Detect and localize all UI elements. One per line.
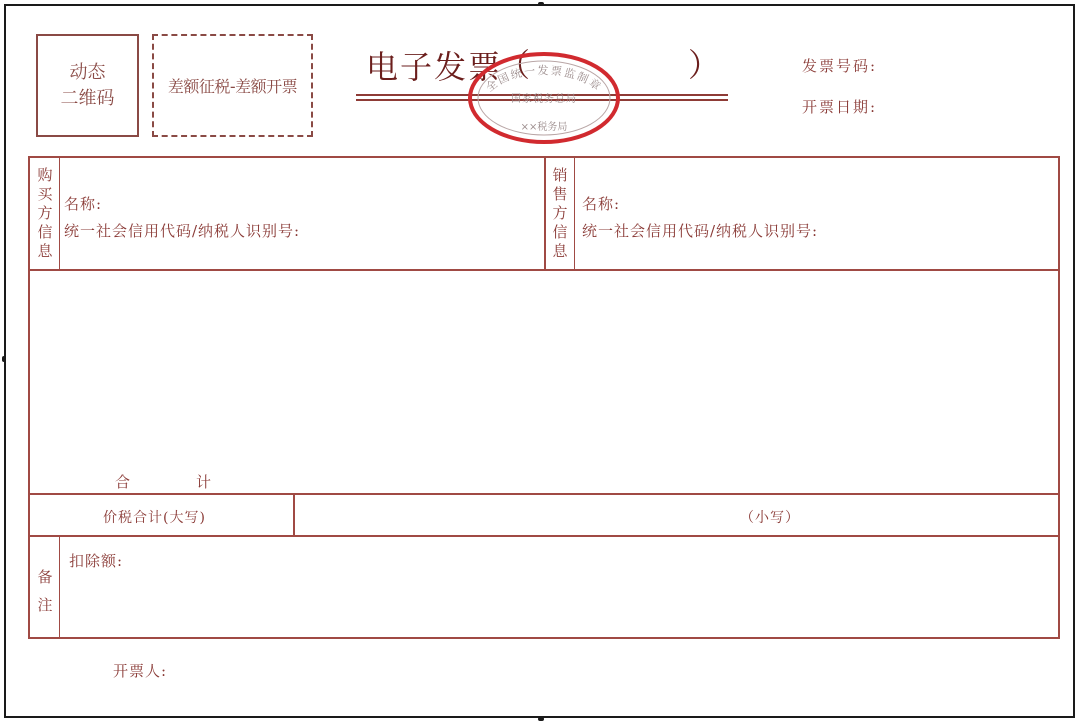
buyer-label-char: 信 bbox=[37, 223, 52, 242]
seller-label-char: 方 bbox=[552, 204, 567, 223]
seller-label-char: 售 bbox=[552, 185, 567, 204]
dynamic-qr-code-placeholder: 动态 二维码 bbox=[36, 34, 139, 137]
remarks-label-char: 备 bbox=[37, 563, 52, 591]
remarks-label-char: 注 bbox=[37, 591, 52, 619]
qr-label-line2: 二维码 bbox=[61, 86, 115, 112]
buyer-name-label: 名称: bbox=[64, 193, 102, 214]
items-bottom-border bbox=[28, 493, 1060, 495]
table-bottom-border bbox=[28, 637, 1060, 639]
remarks-section-label: 备 注 bbox=[30, 563, 60, 619]
total-divider bbox=[293, 493, 295, 536]
stamp-top-text: 全国统一发票监制章 bbox=[483, 63, 606, 94]
buyer-label-char: 方 bbox=[37, 204, 52, 223]
total-label-2: 计 bbox=[196, 471, 212, 492]
buyer-label-char: 息 bbox=[37, 242, 52, 261]
buyer-label-char: 买 bbox=[37, 185, 52, 204]
seller-label-char: 信 bbox=[552, 223, 567, 242]
issuer-label: 开票人: bbox=[113, 660, 167, 681]
svg-text:全国统一发票监制章: 全国统一发票监制章 bbox=[483, 63, 606, 94]
bottom-center-mark bbox=[538, 717, 544, 721]
buyer-section-label: 购 买 方 信 息 bbox=[30, 166, 60, 261]
total-label-1: 合 bbox=[115, 471, 131, 492]
qr-label-line1: 动态 bbox=[70, 60, 106, 86]
price-tax-total-upper-label: 价税合计(大写) bbox=[103, 507, 206, 527]
total-bottom-border bbox=[28, 535, 1060, 537]
invoice-number-label: 发票号码: bbox=[802, 55, 877, 76]
deduction-label: 扣除额: bbox=[69, 550, 123, 571]
stamp-middle-text: 国家税务总局 bbox=[511, 92, 577, 105]
buyer-label-char: 购 bbox=[37, 166, 52, 185]
seller-label-char: 息 bbox=[552, 242, 567, 261]
title-paren-close: ） bbox=[688, 40, 720, 86]
seller-name-label: 名称: bbox=[582, 193, 620, 214]
invoice-type-label: 差额征税-差额开票 bbox=[168, 74, 297, 97]
stamp-bottom-text: ××税务局 bbox=[521, 120, 568, 133]
party-bottom-border bbox=[28, 269, 1060, 271]
buyer-tax-id-label: 统一社会信用代码/纳税人识别号: bbox=[64, 220, 300, 241]
seller-tax-id-label: 统一社会信用代码/纳税人识别号: bbox=[582, 220, 818, 241]
table-right-border bbox=[1058, 156, 1060, 639]
supervision-stamp-icon: 全国统一发票监制章 国家税务总局 ××税务局 bbox=[466, 50, 622, 146]
price-tax-total-lower-label: （小写） bbox=[740, 507, 800, 527]
invoice-type-box: 差额征税-差额开票 bbox=[152, 34, 313, 137]
seller-label-char: 销 bbox=[552, 166, 567, 185]
seller-section-label: 销 售 方 信 息 bbox=[545, 166, 575, 261]
invoice-date-label: 开票日期: bbox=[802, 96, 877, 117]
left-center-mark bbox=[2, 356, 6, 362]
top-center-mark bbox=[538, 2, 544, 6]
